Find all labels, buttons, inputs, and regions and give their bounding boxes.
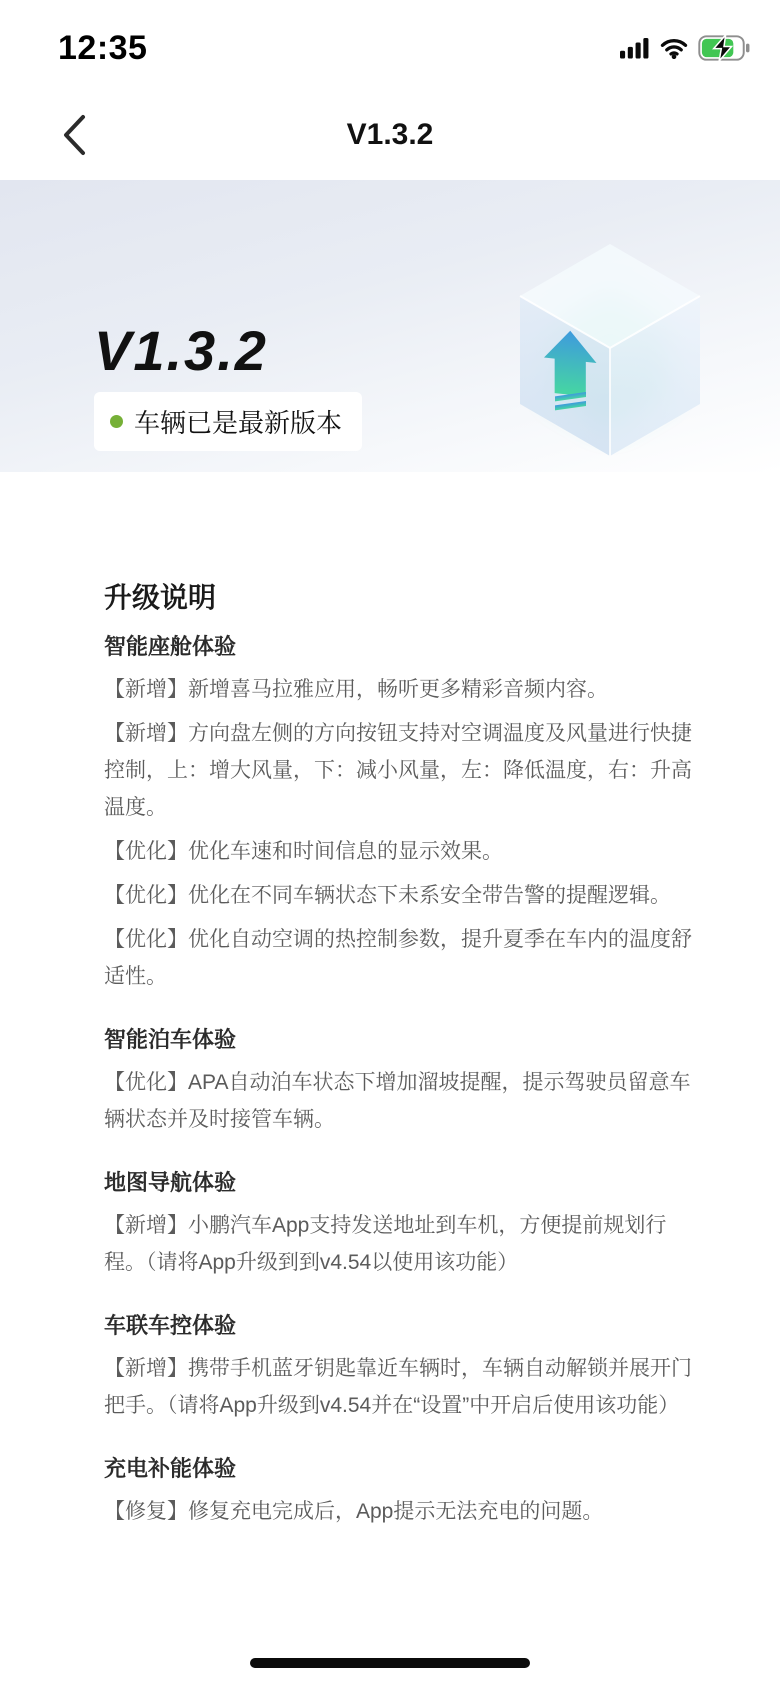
release-note-item: 【新增】小鹏汽车App支持发送地址到车机，方便提前规划行程。（请将App升级到到… (104, 1207, 694, 1281)
release-notes: 升级说明 智能座舱体验【新增】新增喜马拉雅应用，畅听更多精彩音频内容。【新增】方… (0, 576, 780, 1530)
release-note-section: 智能座舱体验【新增】新增喜马拉雅应用，畅听更多精彩音频内容。【新增】方向盘左侧的… (104, 630, 694, 995)
release-note-section: 充电补能体验【修复】修复充电完成后，App提示无法充电的问题。 (104, 1452, 694, 1530)
version-status-chip: 车辆已是最新版本 (94, 392, 362, 451)
release-note-item: 【优化】优化在不同车辆状态下未系安全带告警的提醒逻辑。 (104, 877, 694, 914)
status-dot-icon (110, 415, 123, 428)
status-bar: 12:35 (0, 0, 780, 90)
home-indicator[interactable] (250, 1658, 530, 1668)
page-title: V1.3.2 (0, 118, 780, 152)
version-status-text: 车辆已是最新版本 (134, 403, 342, 440)
release-note-item: 【新增】新增喜马拉雅应用，畅听更多精彩音频内容。 (104, 671, 694, 708)
chevron-left-icon (61, 113, 87, 157)
wifi-icon (660, 38, 688, 59)
release-note-item: 【优化】优化车速和时间信息的显示效果。 (104, 833, 694, 870)
hero-version: V1.3.2 (94, 318, 268, 383)
upgrade-cube-icon (492, 224, 728, 476)
release-note-item: 【优化】APA自动泊车状态下增加溜坡提醒，提示驾驶员留意车辆状态并及时接管车辆。 (104, 1064, 694, 1138)
release-note-item: 【新增】携带手机蓝牙钥匙靠近车辆时，车辆自动解锁并展开门把手。（请将App升级到… (104, 1350, 694, 1424)
release-note-item: 【优化】优化自动空调的热控制参数，提升夏季在车内的温度舒适性。 (104, 921, 694, 995)
section-title: 智能座舱体验 (104, 630, 694, 661)
section-title: 地图导航体验 (104, 1166, 694, 1197)
status-time: 12:35 (58, 29, 147, 68)
release-notes-sections: 智能座舱体验【新增】新增喜马拉雅应用，畅听更多精彩音频内容。【新增】方向盘左侧的… (104, 630, 694, 1530)
release-note-item: 【新增】方向盘左侧的方向按钮支持对空调温度及风量进行快捷控制，上：增大风量，下：… (104, 715, 694, 826)
release-notes-heading: 升级说明 (104, 576, 694, 616)
status-icons (620, 35, 750, 61)
battery-charging-icon (698, 35, 750, 61)
nav-bar: V1.3.2 (0, 90, 780, 180)
release-note-section: 地图导航体验【新增】小鹏汽车App支持发送地址到车机，方便提前规划行程。（请将A… (104, 1166, 694, 1281)
screen: 12:35 (0, 0, 780, 1688)
release-note-section: 智能泊车体验【优化】APA自动泊车状态下增加溜坡提醒，提示驾驶员留意车辆状态并及… (104, 1023, 694, 1138)
section-title: 充电补能体验 (104, 1452, 694, 1483)
section-title: 车联车控体验 (104, 1309, 694, 1340)
cellular-signal-icon (620, 37, 650, 59)
section-title: 智能泊车体验 (104, 1023, 694, 1054)
release-note-item: 【修复】修复充电完成后，App提示无法充电的问题。 (104, 1493, 694, 1530)
back-button[interactable] (44, 90, 104, 180)
release-note-section: 车联车控体验【新增】携带手机蓝牙钥匙靠近车辆时，车辆自动解锁并展开门把手。（请将… (104, 1309, 694, 1424)
hero-banner: V1.3.2 车辆已是最新版本 (0, 180, 780, 472)
